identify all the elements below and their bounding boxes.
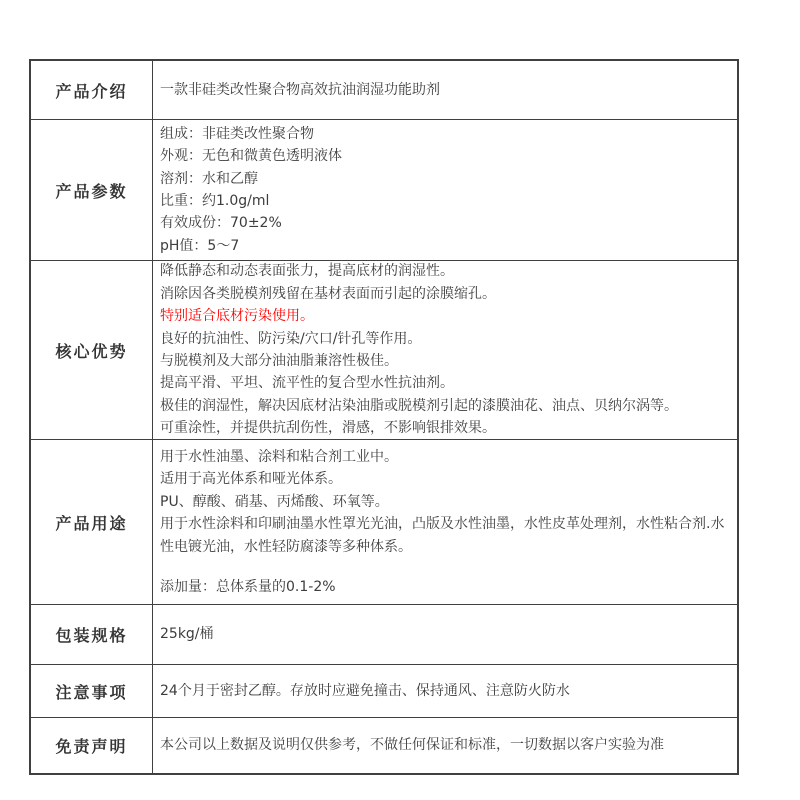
content-line: 比重：约1.0g/ml: [160, 190, 725, 212]
content-line: 极佳的润湿性，解决因底材沾染油脂或脱模剂引起的漆膜油花、油点、贝纳尔涡等。: [160, 395, 725, 417]
content-line: 消除因各类脱模剂残留在基材表面而引起的涂膜缩孔。: [160, 283, 725, 305]
table-row-product-uses: 产品用途 用于水性油墨、涂料和粘合剂工业中。 适用于高光体系和哑光体系。 PU、…: [31, 439, 737, 604]
content-line: pH值：5～7: [160, 235, 725, 257]
row-content-product-uses: 用于水性油墨、涂料和粘合剂工业中。 适用于高光体系和哑光体系。 PU、醇酸、硝基…: [153, 440, 737, 604]
row-label-packaging-spec: 包装规格: [31, 605, 153, 664]
content-line: 外观：无色和微黄色透明液体: [160, 145, 725, 167]
content-line: 用于水性涂料和印刷油墨水性罩光光油，凸版及水性油墨，水性皮革处理剂，水性粘合剂.…: [160, 513, 725, 553]
row-content-disclaimer: 本公司以上数据及说明仅供参考，不做任何保证和标准，一切数据以客户实验为准: [153, 718, 737, 773]
row-label-precautions: 注意事项: [31, 665, 153, 717]
row-label-product-uses: 产品用途: [31, 440, 153, 604]
content-line: 用于水性油墨、涂料和粘合剂工业中。: [160, 446, 725, 468]
row-label-disclaimer: 免责声明: [31, 718, 153, 773]
product-spec-table: 产品介绍 一款非硅类改性聚合物高效抗油润湿功能助剂 产品参数 组成：非硅类改性聚…: [29, 59, 739, 775]
table-row-core-advantages: 核心优势 降低静态和动态表面张力，提高底材的润湿性。 消除因各类脱模剂残留在基材…: [31, 260, 737, 439]
content-line: 提高平滑、平坦、流平性的复合型水性抗油剂。: [160, 372, 725, 394]
content-line-highlighted: 特别适合底材污染使用。: [160, 305, 725, 327]
content-line: 降低静态和动态表面张力，提高底材的润湿性。: [160, 260, 725, 282]
row-label-product-parameters: 产品参数: [31, 120, 153, 260]
content-line-blank: [160, 553, 725, 575]
row-content-core-advantages: 降低静态和动态表面张力，提高底材的润湿性。 消除因各类脱模剂残留在基材表面而引起…: [153, 261, 737, 439]
row-label-core-advantages: 核心优势: [31, 261, 153, 439]
content-line: 25kg/桶: [160, 623, 725, 645]
row-label-product-intro: 产品介绍: [31, 61, 153, 119]
table-row-precautions: 注意事项 24个月于密封乙醇。存放时应避免撞击、保持通风、注意防火防水: [31, 664, 737, 717]
content-line: 可重涂性，并提供抗刮伤性，滑感，不影响银排效果。: [160, 417, 725, 439]
table-row-product-intro: 产品介绍 一款非硅类改性聚合物高效抗油润湿功能助剂: [31, 61, 737, 119]
content-line: 24个月于密封乙醇。存放时应避免撞击、保持通风、注意防火防水: [160, 680, 725, 702]
row-content-precautions: 24个月于密封乙醇。存放时应避免撞击、保持通风、注意防火防水: [153, 665, 737, 717]
product-spec-page: 产品介绍 一款非硅类改性聚合物高效抗油润湿功能助剂 产品参数 组成：非硅类改性聚…: [0, 0, 800, 800]
content-line: 适用于高光体系和哑光体系。: [160, 468, 725, 490]
row-content-product-parameters: 组成：非硅类改性聚合物 外观：无色和微黄色透明液体 溶剂：水和乙醇 比重：约1.…: [153, 120, 737, 260]
content-line: 有效成份：70±2%: [160, 212, 725, 234]
content-line: 一款非硅类改性聚合物高效抗油润湿功能助剂: [160, 79, 725, 101]
content-line: 良好的抗油性、防污染/穴口/针孔等作用。: [160, 328, 725, 350]
content-line: 溶剂：水和乙醇: [160, 168, 725, 190]
row-content-packaging-spec: 25kg/桶: [153, 605, 737, 664]
content-line: 组成：非硅类改性聚合物: [160, 123, 725, 145]
table-row-packaging-spec: 包装规格 25kg/桶: [31, 604, 737, 664]
content-line: 添加量：总体系量的0.1-2%: [160, 576, 725, 598]
table-row-product-parameters: 产品参数 组成：非硅类改性聚合物 外观：无色和微黄色透明液体 溶剂：水和乙醇 比…: [31, 119, 737, 260]
row-content-product-intro: 一款非硅类改性聚合物高效抗油润湿功能助剂: [153, 61, 737, 119]
content-line: PU、醇酸、硝基、丙烯酸、环氧等。: [160, 491, 725, 513]
content-line: 本公司以上数据及说明仅供参考，不做任何保证和标准，一切数据以客户实验为准: [160, 734, 725, 756]
content-line: 与脱模剂及大部分油油脂兼溶性极佳。: [160, 350, 725, 372]
table-row-disclaimer: 免责声明 本公司以上数据及说明仅供参考，不做任何保证和标准，一切数据以客户实验为…: [31, 717, 737, 773]
